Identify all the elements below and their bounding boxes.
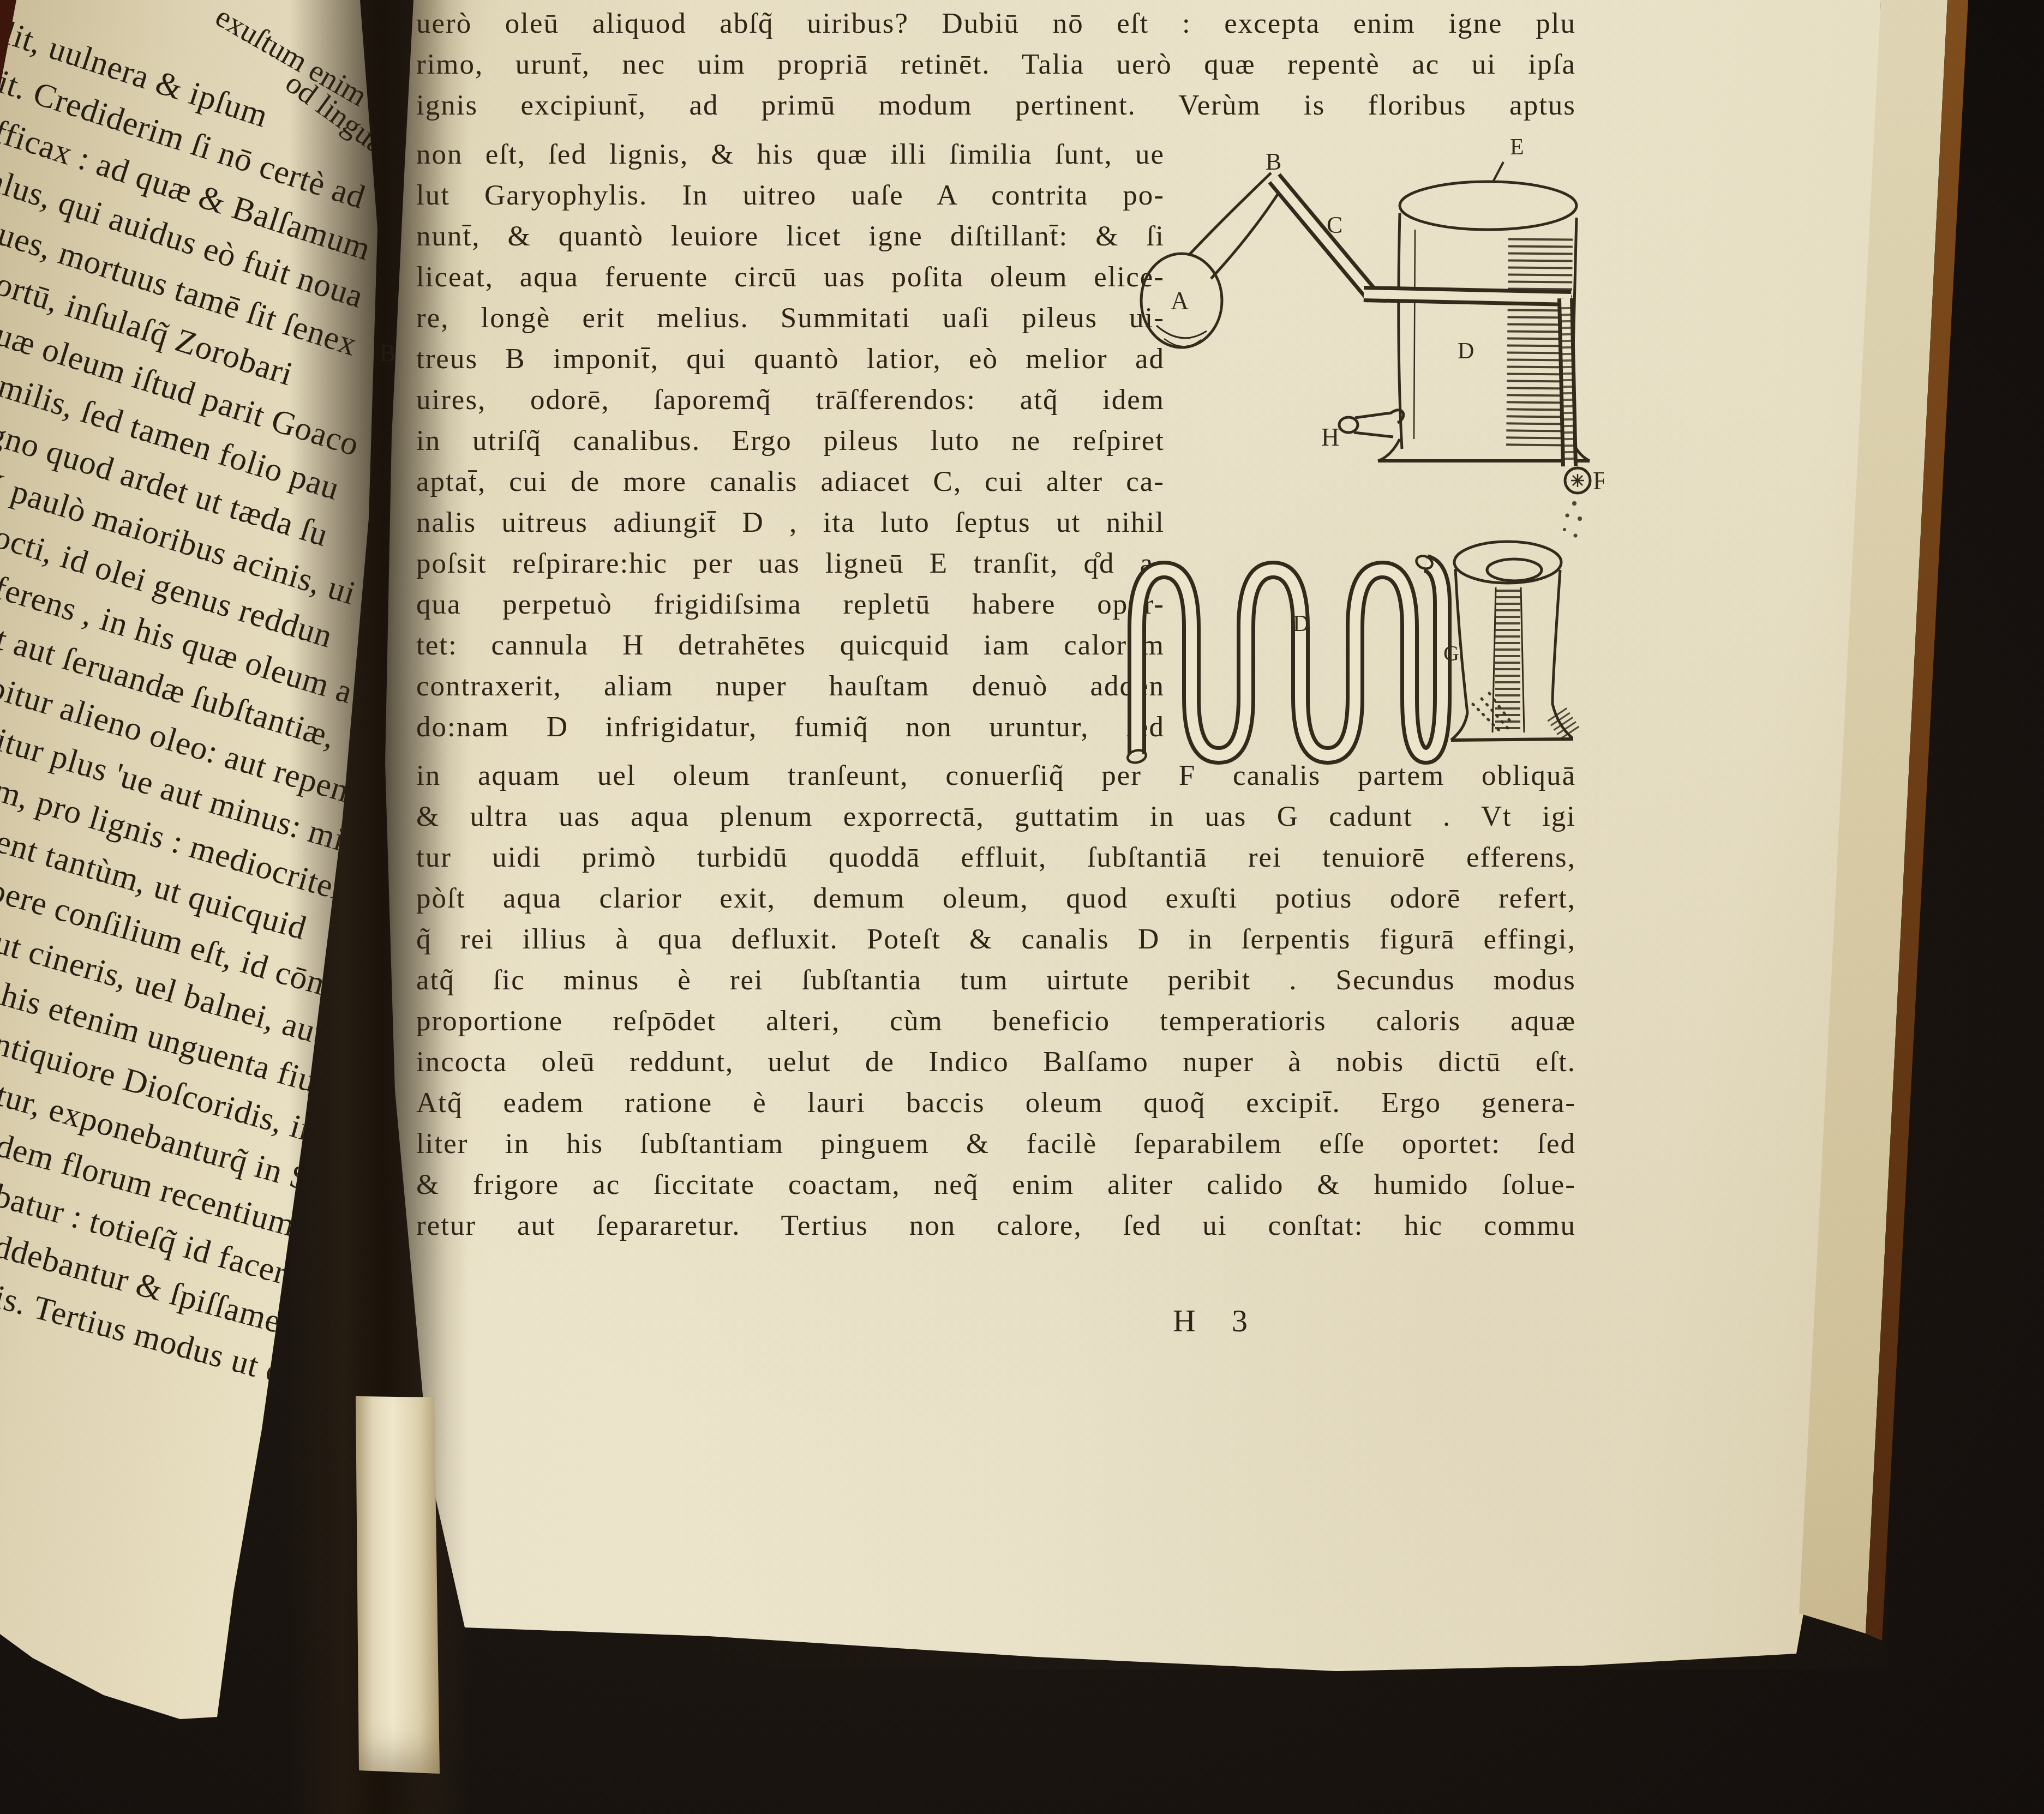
text-line: nalis uitreus adiungit̄ D , ita luto ſep… — [416, 502, 1165, 543]
text-line: incocta oleū reddunt, uelut de Indico Ba… — [416, 1042, 1576, 1083]
text-line: liceat, aqua feruente circū uas poſita o… — [416, 257, 1165, 298]
figure1-label-b: B — [1266, 148, 1281, 175]
paragraph-narrow: non eſt, ſed lignis, & his quæ illi ſimi… — [416, 134, 1165, 748]
text-line: tet: cannula H detrahētes quicquid iam c… — [416, 625, 1165, 666]
text-line: retur aut ſepararetur. Tertius non calor… — [416, 1205, 1576, 1246]
text-line: ignis excipiunt̄, ad primū modum pertine… — [416, 85, 1576, 126]
margin-note: B — [380, 339, 395, 367]
paragraph-bottom: in aquam uel oleum tranſeunt, conuerſiq̃… — [416, 755, 1576, 1246]
text-line: proportione reſpōdet alteri, cùm benefic… — [416, 1001, 1576, 1042]
text-line: & frigore ac ſiccitate coactam, neq̃ eni… — [416, 1164, 1576, 1205]
signature-mark: H3 — [1173, 1302, 1249, 1339]
text-line: tur uidi primò turbidū quoddā effluit, ſ… — [416, 837, 1576, 878]
text-line: uires, odorē, ſaporemq̃ trāſferendos: at… — [416, 380, 1165, 421]
figure1-label-d: D — [1458, 339, 1474, 364]
text-line: null — [279, 1327, 340, 1373]
figure1-label-f: F — [1593, 467, 1604, 495]
signature-number: 3 — [1232, 1303, 1249, 1338]
text-line: contraxerit, aliam nuper hauſtam denuò a… — [416, 666, 1165, 707]
text-line: pòſt aqua clarior exit, demum oleum, quo… — [416, 878, 1576, 919]
text-line: treus B imponit̄, qui quantò latior, eò … — [416, 339, 1165, 380]
figure1-label-h: H — [1321, 423, 1339, 451]
figure1-label-a: A — [1171, 287, 1189, 315]
text-line: & ultra uas aqua plenum exporrectā, gutt… — [416, 796, 1576, 837]
text-line: atq̃ ſic minus è rei ſubſtantia tum uirt… — [416, 960, 1576, 1001]
text-line: aptat̄, cui de more canalis adiacet C, c… — [416, 461, 1165, 502]
gutter-fold-page-edge — [353, 1391, 442, 1776]
text-line: qua perpetuò frigidiſsima repletū habere… — [416, 584, 1165, 625]
text-line: in utriſq̃ canalibus. Ergo pileus luto n… — [416, 421, 1165, 461]
text-line: rimo, urunt̄, nec uim propriā retinēt. T… — [416, 44, 1576, 85]
text-line: re, longè erit melius. Summitati uaſi pi… — [416, 298, 1165, 339]
text-line: non eſt, ſed lignis, & his quæ illi ſimi… — [416, 134, 1165, 175]
figure1-label-e: E — [1510, 135, 1524, 160]
text-line: Atq̃ eadem ratione è lauri baccis oleum … — [416, 1083, 1576, 1124]
figure1-label-c: C — [1327, 212, 1342, 238]
figure2-label-g: G — [1443, 641, 1459, 665]
book-photograph: q̃ lit, uulnera & ipſumllit. Crediderim … — [0, 0, 2044, 1814]
paragraph-top: uerò oleū aliquod abſq̃ uiribus? Dubiū n… — [416, 3, 1576, 126]
text-line: do:nam D infrigidatur, fumiq̃ non uruntu… — [416, 707, 1165, 748]
distillation-apparatus-figure: B A C D E F H — [1135, 134, 1604, 543]
serpentine-coil-figure: D G — [1117, 537, 1586, 796]
text-line: q̃ rei illius à qua defluxit. Poteſt & c… — [416, 919, 1576, 960]
signature-letter: H — [1173, 1303, 1197, 1338]
text-line: poſsit reſpirare:hic per uas ligneū E tr… — [416, 543, 1165, 584]
text-line: lut Garyophylis. In uitreo uaſe A contri… — [416, 175, 1165, 216]
text-line: uerò oleū aliquod abſq̃ uiribus? Dubiū n… — [416, 3, 1576, 44]
left-page: q̃ lit, uulnera & ipſumllit. Crediderim … — [0, 0, 415, 1814]
text-line: liter in his ſubſtantiam pinguem & facil… — [416, 1124, 1576, 1164]
figure2-label-d: D — [1293, 611, 1309, 636]
text-line: nunt̄, & quantò leuiore licet igne diſti… — [416, 216, 1165, 257]
